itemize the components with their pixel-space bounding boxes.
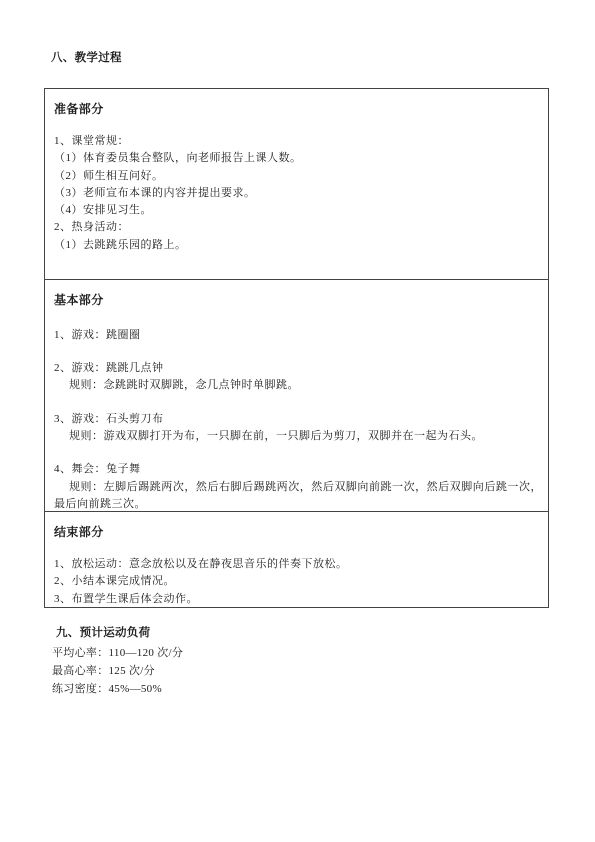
game-title: 4、舞会：兔子舞 — [54, 461, 542, 478]
table-row-closing: 结束部分 1、放松运动：意念放松以及在静夜思音乐的伴奏下放松。 2、小结本课完成… — [45, 512, 548, 607]
table-row-basic: 基本部分 1、游戏：跳圈圈 2、游戏：跳跳几点钟 规则：念跳跳时双脚跳，念几点钟… — [45, 280, 548, 512]
avg-heart-rate-line: 平均心率：110—120 次/分 — [52, 644, 183, 662]
game-title: 2、游戏：跳跳几点钟 — [54, 360, 542, 377]
table-row-preparation: 准备部分 1、课堂常规： （1）体育委员集合整队，向老师报告上课人数。 （2）师… — [45, 89, 548, 280]
lesson-plan-page: 八、教学过程 准备部分 1、课堂常规： （1）体育委员集合整队，向老师报告上课人… — [0, 0, 595, 842]
closing-line: 1、放松运动：意念放松以及在静夜思音乐的伴奏下放松。 — [54, 556, 542, 573]
exercise-load-title: 九、预计运动负荷 — [56, 626, 183, 640]
game-item: 3、游戏：石头剪刀布 规则：游戏双脚打开为布，一只脚在前，一只脚后为剪刀，双脚并… — [54, 411, 542, 446]
practice-density-line: 练习密度：45%—50% — [52, 680, 183, 698]
prep-line: （3）老师宣布本课的内容并提出要求。 — [54, 185, 542, 202]
game-rule: 规则：左脚后踢跳两次，然后右脚后踢跳两次，然后双脚向前跳一次，然后双脚向后跳一次… — [54, 479, 542, 513]
prep-line: （2）师生相互问好。 — [54, 168, 542, 185]
closing-line: 2、小结本课完成情况。 — [54, 573, 542, 590]
prep-line: （4）安排见习生。 — [54, 202, 542, 219]
prep-line: （1）去跳跳乐园的路上。 — [54, 237, 542, 254]
game-item: 4、舞会：兔子舞 规则：左脚后踢跳两次，然后右脚后踢跳两次，然后双脚向前跳一次，… — [54, 461, 542, 512]
teaching-process-table: 准备部分 1、课堂常规： （1）体育委员集合整队，向老师报告上课人数。 （2）师… — [44, 88, 549, 608]
teaching-process-title: 八、教学过程 — [51, 52, 122, 65]
game-title: 1、游戏：跳圈圈 — [54, 327, 542, 344]
game-item: 1、游戏：跳圈圈 — [54, 327, 542, 344]
prep-line: 1、课堂常规： — [54, 133, 542, 150]
exercise-load-stats: 平均心率：110—120 次/分 最高心率：125 次/分 练习密度：45%—5… — [52, 644, 183, 698]
game-rule: 规则：念跳跳时双脚跳，念几点钟时单脚跳。 — [54, 377, 542, 394]
exercise-load-section: 九、预计运动负荷 平均心率：110—120 次/分 最高心率：125 次/分 练… — [52, 626, 183, 698]
game-title: 3、游戏：石头剪刀布 — [54, 411, 542, 428]
prep-line: （1）体育委员集合整队，向老师报告上课人数。 — [54, 150, 542, 167]
basic-heading: 基本部分 — [54, 293, 542, 307]
closing-line: 3、布置学生课后体会动作。 — [54, 591, 542, 607]
prep-line: 2、热身活动： — [54, 219, 542, 236]
game-rule: 规则：游戏双脚打开为布，一只脚在前，一只脚后为剪刀，双脚并在一起为石头。 — [54, 428, 542, 445]
closing-heading: 结束部分 — [54, 525, 542, 539]
max-heart-rate-line: 最高心率：125 次/分 — [52, 662, 183, 680]
preparation-heading: 准备部分 — [54, 102, 542, 116]
game-item: 2、游戏：跳跳几点钟 规则：念跳跳时双脚跳，念几点钟时单脚跳。 — [54, 360, 542, 395]
